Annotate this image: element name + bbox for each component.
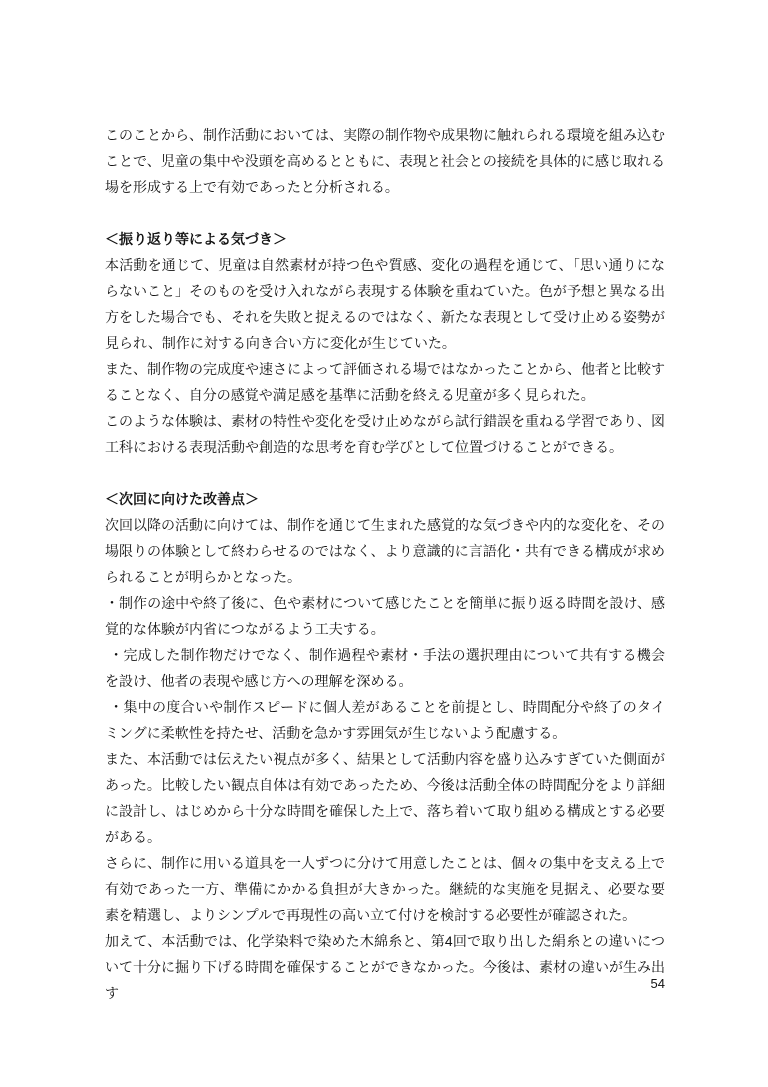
paragraph-reflection-3: このような体験は、素材の特性や変化を受け止めながら試行錯誤を重ねる学習であり、図… [105,408,665,460]
paragraph-improvements-intro: 次回以降の活動に向けては、制作を通じて生まれた感覚的な気づきや内的な変化を、その… [105,512,665,590]
paragraph-intro: このことから、制作活動においては、実際の制作物や成果物に触れられる環境を組み込む… [105,122,665,200]
paragraph-improvements-3: さらに、制作に用いる道具を一人ずつに分けて用意したことは、個々の集中を支える上で… [105,850,665,928]
bullet-item-2: ・完成した制作物だけでなく、制作過程や素材・手法の選択理由について共有する機会を… [105,642,665,694]
section-heading-improvements: ＜次回に向けた改善点＞ [105,486,665,512]
page-number: 54 [105,975,665,993]
paragraph-improvements-2: また、本活動では伝えたい視点が多く、結果として活動内容を盛り込みすぎていた側面が… [105,746,665,850]
paragraph-reflection-2: また、制作物の完成度や速さによって評価される場ではなかったことから、他者と比較す… [105,356,665,408]
paragraph-improvements-4: 加えて、本活動では、化学染料で染めた木綿糸と、第4回で取り出した絹糸との違いにつ… [105,928,665,1006]
document-page: このことから、制作活動においては、実際の制作物や成果物に触れられる環境を組み込む… [0,0,768,1087]
bullet-item-3: ・集中の度合いや制作スピードに個人差があることを前提とし、時間配分や終了のタイミ… [105,694,665,746]
document-content: このことから、制作活動においては、実際の制作物や成果物に触れられる環境を組み込む… [105,122,665,1006]
paragraph-reflection-1: 本活動を通じて、児童は自然素材が持つ色や質感、変化の過程を通じて、「思い通りにな… [105,252,665,356]
section-heading-reflection: ＜振り返り等による気づき＞ [105,226,665,252]
bullet-item-1: ・制作の途中や終了後に、色や素材について感じたことを簡単に振り返る時間を設け、感… [105,590,665,642]
